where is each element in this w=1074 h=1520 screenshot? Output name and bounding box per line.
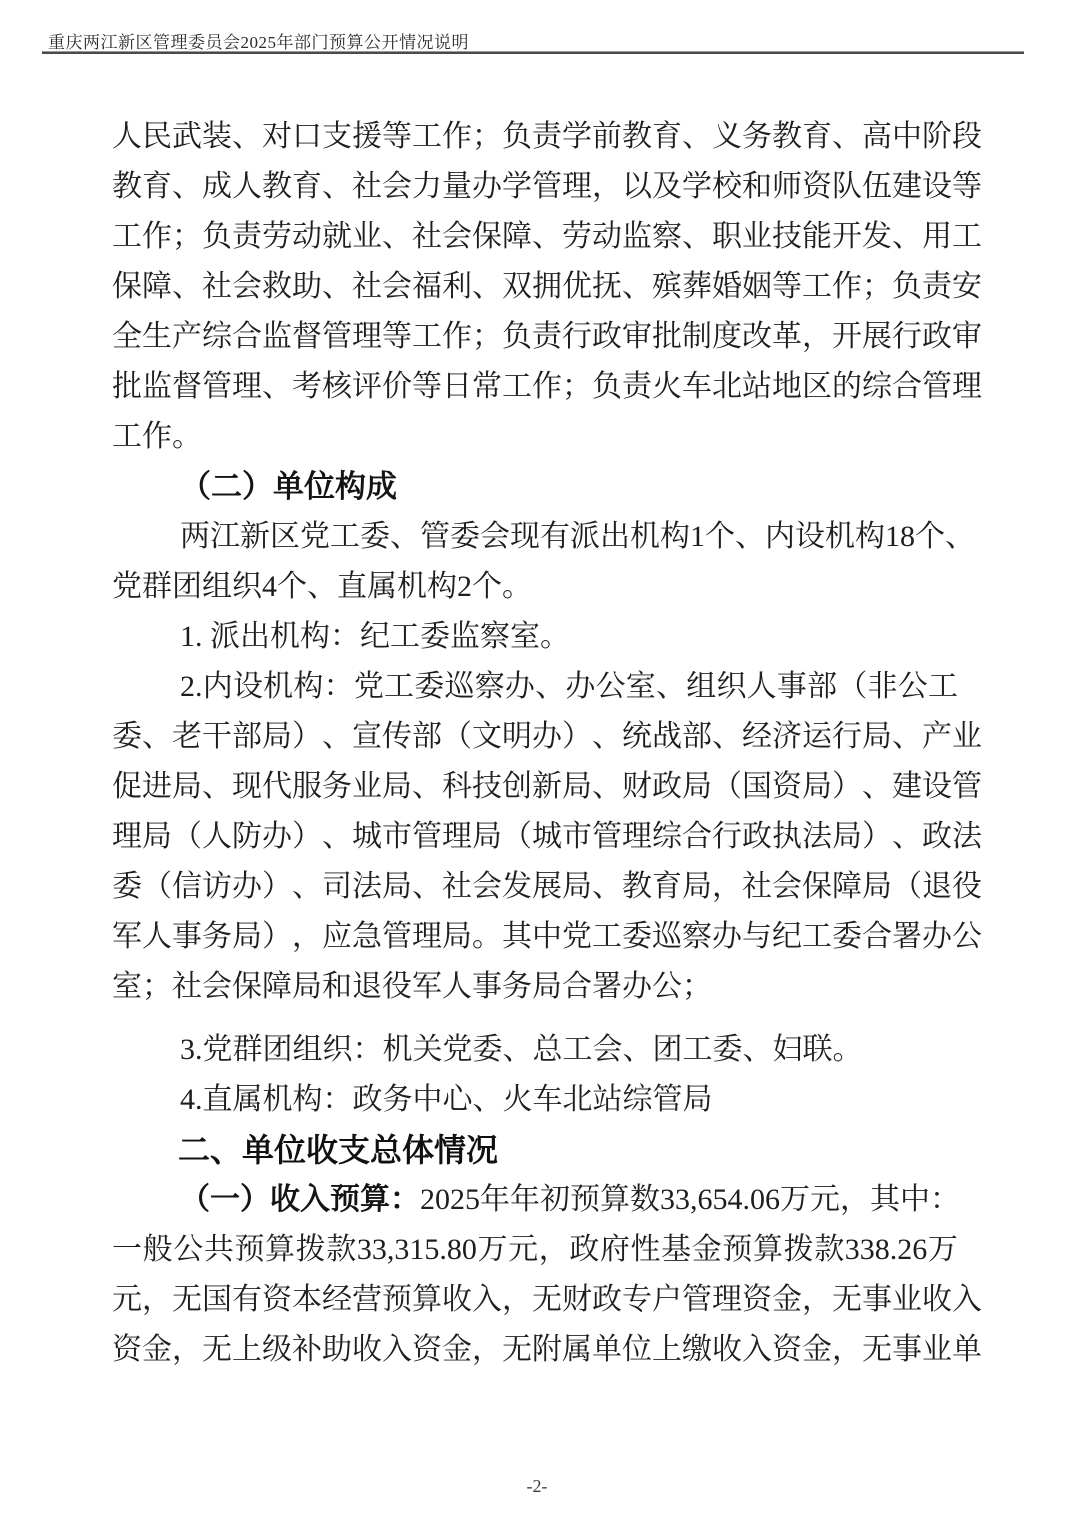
- paragraph: 3.党群团组织：机关党委、总工会、团工委、妇联。: [112, 1025, 958, 1075]
- text-line: 批监督管理、考核评价等日常工作；负责火车北站地区的综合管理: [112, 362, 958, 412]
- section-heading: （二）单位构成: [112, 462, 958, 512]
- text-line: 一般公共预算拨款33,315.80万元，政府性基金预算拨款338.26万: [112, 1225, 958, 1275]
- text-line: 委（信访办）、司法局、社会发展局、教育局，社会保障局（退役: [112, 862, 958, 912]
- paragraph: （一）收入预算：2025年年初预算数33,654.06万元，其中：一般公共预算拨…: [112, 1175, 958, 1375]
- document-page: 重庆两江新区管理委员会2025年部门预算公开情况说明 人民武装、对口支援等工作；…: [0, 0, 1074, 1520]
- text-line: 工作；负责劳动就业、社会保障、劳动监察、职业技能开发、用工: [112, 212, 958, 262]
- paragraph: 人民武装、对口支援等工作；负责学前教育、义务教育、高中阶段教育、成人教育、社会力…: [112, 112, 958, 462]
- text-line: 1. 派出机构：纪工委监察室。: [112, 612, 958, 662]
- section-heading: 二、单位收支总体情况: [112, 1125, 958, 1175]
- text-line: 两江新区党工委、管委会现有派出机构1个、内设机构18个、: [112, 512, 958, 562]
- paragraph: 4.直属机构：政务中心、火车北站综管局: [112, 1075, 958, 1125]
- text-line: 保障、社会救助、社会福利、双拥优抚、殡葬婚姻等工作；负责安: [112, 262, 958, 312]
- paragraph: 2.内设机构：党工委巡察办、办公室、组织人事部（非公工委、老干部局）、宣传部（文…: [112, 662, 958, 1012]
- header-title: 重庆两江新区管理委员会2025年部门预算公开情况说明: [48, 28, 469, 53]
- text-line: 人民武装、对口支援等工作；负责学前教育、义务教育、高中阶段: [112, 112, 958, 162]
- footer-page-number: -2-: [0, 1476, 1074, 1497]
- text-line: 委、老干部局）、宣传部（文明办）、统战部、经济运行局、产业: [112, 712, 958, 762]
- text-line: 全生产综合监督管理等工作；负责行政审批制度改革，开展行政审: [112, 312, 958, 362]
- text-line: 元，无国有资本经营预算收入，无财政专户管理资金，无事业收入: [112, 1275, 958, 1325]
- header-rule: [42, 51, 1024, 54]
- text-line: 理局（人防办）、城市管理局（城市管理综合行政执法局）、政法: [112, 812, 958, 862]
- paragraph: 两江新区党工委、管委会现有派出机构1个、内设机构18个、党群团组织4个、直属机构…: [112, 512, 958, 612]
- text-line: （一）收入预算：2025年年初预算数33,654.06万元，其中：: [112, 1175, 958, 1225]
- text-line: 教育、成人教育、社会力量办学管理，以及学校和师资队伍建设等: [112, 162, 958, 212]
- text-line: 3.党群团组织：机关党委、总工会、团工委、妇联。: [112, 1025, 958, 1075]
- text-line: 军人事务局），应急管理局。其中党工委巡察办与纪工委合署办公: [112, 912, 958, 962]
- document-body: 人民武装、对口支援等工作；负责学前教育、义务教育、高中阶段教育、成人教育、社会力…: [112, 112, 958, 1375]
- text-line: 2.内设机构：党工委巡察办、办公室、组织人事部（非公工: [112, 662, 958, 712]
- text-line: 室；社会保障局和退役军人事务局合署办公；: [112, 962, 958, 1012]
- text-line: 工作。: [112, 412, 958, 462]
- text-line: 4.直属机构：政务中心、火车北站综管局: [112, 1075, 958, 1125]
- text-line: 党群团组织4个、直属机构2个。: [112, 562, 958, 612]
- paragraph: 1. 派出机构：纪工委监察室。: [112, 612, 958, 662]
- text-line: 资金，无上级补助收入资金，无附属单位上缴收入资金，无事业单: [112, 1325, 958, 1375]
- text-line: 促进局、现代服务业局、科技创新局、财政局（国资局）、建设管: [112, 762, 958, 812]
